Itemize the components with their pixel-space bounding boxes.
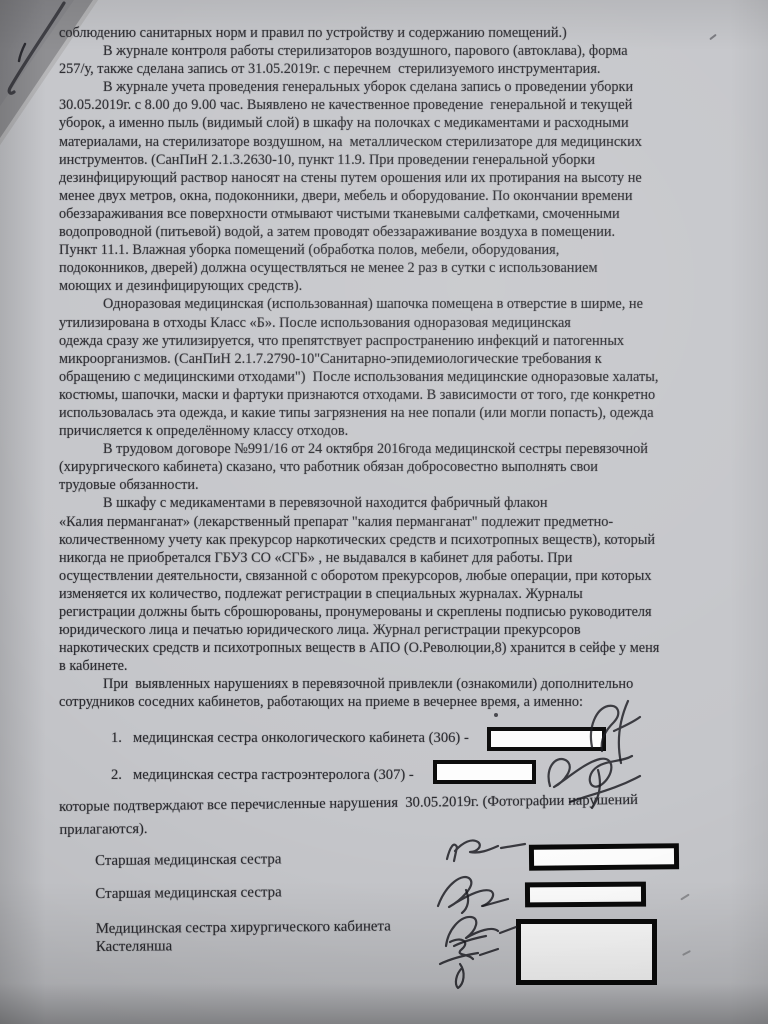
text-line: в кабинете. bbox=[59, 657, 759, 675]
signature-role-label: Старшая медицинская сестра bbox=[95, 884, 281, 902]
signature-row: Кастелянша bbox=[96, 935, 391, 956]
document-body-text: соблюдению санитарных норм и правил по у… bbox=[59, 24, 759, 712]
text-line: В журнале контроля работы стерилизаторов… bbox=[59, 42, 759, 60]
text-line: Пункт 11.1. Влажная уборка помещений (об… bbox=[59, 241, 759, 259]
text-line: соблюдению санитарных норм и правил по у… bbox=[59, 24, 759, 42]
list-item: 2.медицинская сестра гастроэнтеролога (3… bbox=[111, 766, 469, 784]
text-line: подоконников, дверей) должна осуществлят… bbox=[59, 259, 759, 277]
text-line: трудовые обязанности. bbox=[59, 476, 759, 494]
text-line: уборок, а именно пыль (видимый слой) в ш… bbox=[59, 114, 759, 132]
text-line: дезинфицирующий раствор наносят на стены… bbox=[59, 169, 759, 187]
text-line: 257/у, также сделана запись от 31.05.201… bbox=[59, 60, 759, 78]
list-item-number: 2. bbox=[111, 766, 133, 784]
text-line: причисляется к определённому классу отхо… bbox=[59, 422, 759, 440]
signature-row: Старшая медицинская сестра bbox=[95, 882, 390, 903]
signature-rows: Старшая медицинская сестра Старшая медиц… bbox=[95, 849, 391, 956]
text-line: одежда сразу же утилизируется, что препя… bbox=[59, 332, 759, 350]
list-item-text: медицинская сестра гастроэнтеролога (307… bbox=[133, 767, 414, 783]
text-line: 30.05.2019г. с 8.00 до 9.00 час. Выявлен… bbox=[59, 96, 759, 114]
list-item-number: 1. bbox=[111, 729, 133, 747]
text-line: регистрации должны быть сброшюрованы, пр… bbox=[59, 603, 759, 621]
signature-icon bbox=[430, 870, 518, 914]
signature-role-label: Старшая медицинская сестра bbox=[95, 851, 281, 869]
signature-role-label: Кастелянша bbox=[96, 938, 173, 955]
text-line: В трудовом договоре №991/16 от 24 октябр… bbox=[59, 440, 759, 458]
text-line: осуществлении деятельности, связанной с … bbox=[59, 567, 759, 585]
ink-dot-mark bbox=[494, 713, 498, 717]
text-line: костюмы, шапочки, маски и фартуки призна… bbox=[59, 386, 759, 404]
text-line: обращению с медицинскими отходами") Посл… bbox=[59, 368, 759, 386]
text-line: инструментов. (СанПиН 2.1.3.2630-10, пун… bbox=[59, 151, 759, 169]
list-item: 1.медицинская сестра онкологического каб… bbox=[111, 729, 469, 747]
text-line: В журнале учета проведения генеральных у… bbox=[59, 78, 759, 96]
signature-icon bbox=[441, 835, 536, 867]
text-line: никогда не приобретался ГБУЗ СО «СГБ» , … bbox=[59, 549, 759, 567]
stray-mark bbox=[680, 894, 690, 901]
stray-mark bbox=[682, 950, 691, 956]
text-line: микроорганизмов. (СанПиН 2.1.7.2790-10"С… bbox=[59, 350, 759, 368]
text-line: (хирургического кабинета) сказано, что р… bbox=[59, 458, 759, 476]
redaction-box bbox=[525, 882, 646, 908]
signature-role-label: Медицинская сестра хирургического кабине… bbox=[96, 918, 391, 937]
text-line: утилизирована в отходы Класс «Б». После … bbox=[59, 314, 759, 332]
redaction-box bbox=[433, 760, 536, 784]
signature-icon bbox=[432, 934, 507, 990]
text-line: наркотических средств и психотропных вещ… bbox=[59, 639, 759, 657]
text-line: количественному учету как прекурсор нарк… bbox=[59, 531, 759, 549]
signature-row: Старшая медицинская сестра bbox=[95, 849, 390, 870]
text-line: менее двух метров, окна, подоконники, дв… bbox=[59, 187, 759, 205]
text-line: использовалась эта одежда, и какие типы … bbox=[59, 404, 759, 422]
text-line: юридического лица и печатью юридического… bbox=[59, 621, 759, 639]
text-line: обеззараживания все поверхности отмывают… bbox=[59, 205, 759, 223]
text-line: изменяется их количество, подлежат регис… bbox=[59, 585, 759, 603]
text-line: «Калия перманганат» (лекарственный препа… bbox=[59, 513, 759, 531]
redaction-box bbox=[516, 919, 657, 985]
redaction-box bbox=[529, 843, 679, 871]
signature-row: Медицинская сестра хирургического кабине… bbox=[96, 917, 391, 938]
signature-icon bbox=[540, 748, 650, 810]
text-line: В шкафу с медикаментами в перевязочной н… bbox=[59, 494, 759, 512]
text-line: водопроводной (питьевой) водой, а затем … bbox=[59, 223, 759, 241]
text-line: При выявленных нарушениях в перевязочной… bbox=[59, 675, 759, 693]
text-line: Одноразовая медицинская (использованная)… bbox=[59, 295, 759, 313]
text-line: моющих и дезинфицирующих средств). bbox=[59, 277, 759, 295]
list-item-text: медицинская сестра онкологического кабин… bbox=[133, 730, 469, 746]
text-line: материалами, на стерилизаторе воздушном,… bbox=[59, 133, 759, 151]
document-page: соблюдению санитарных норм и правил по у… bbox=[0, 0, 768, 1024]
